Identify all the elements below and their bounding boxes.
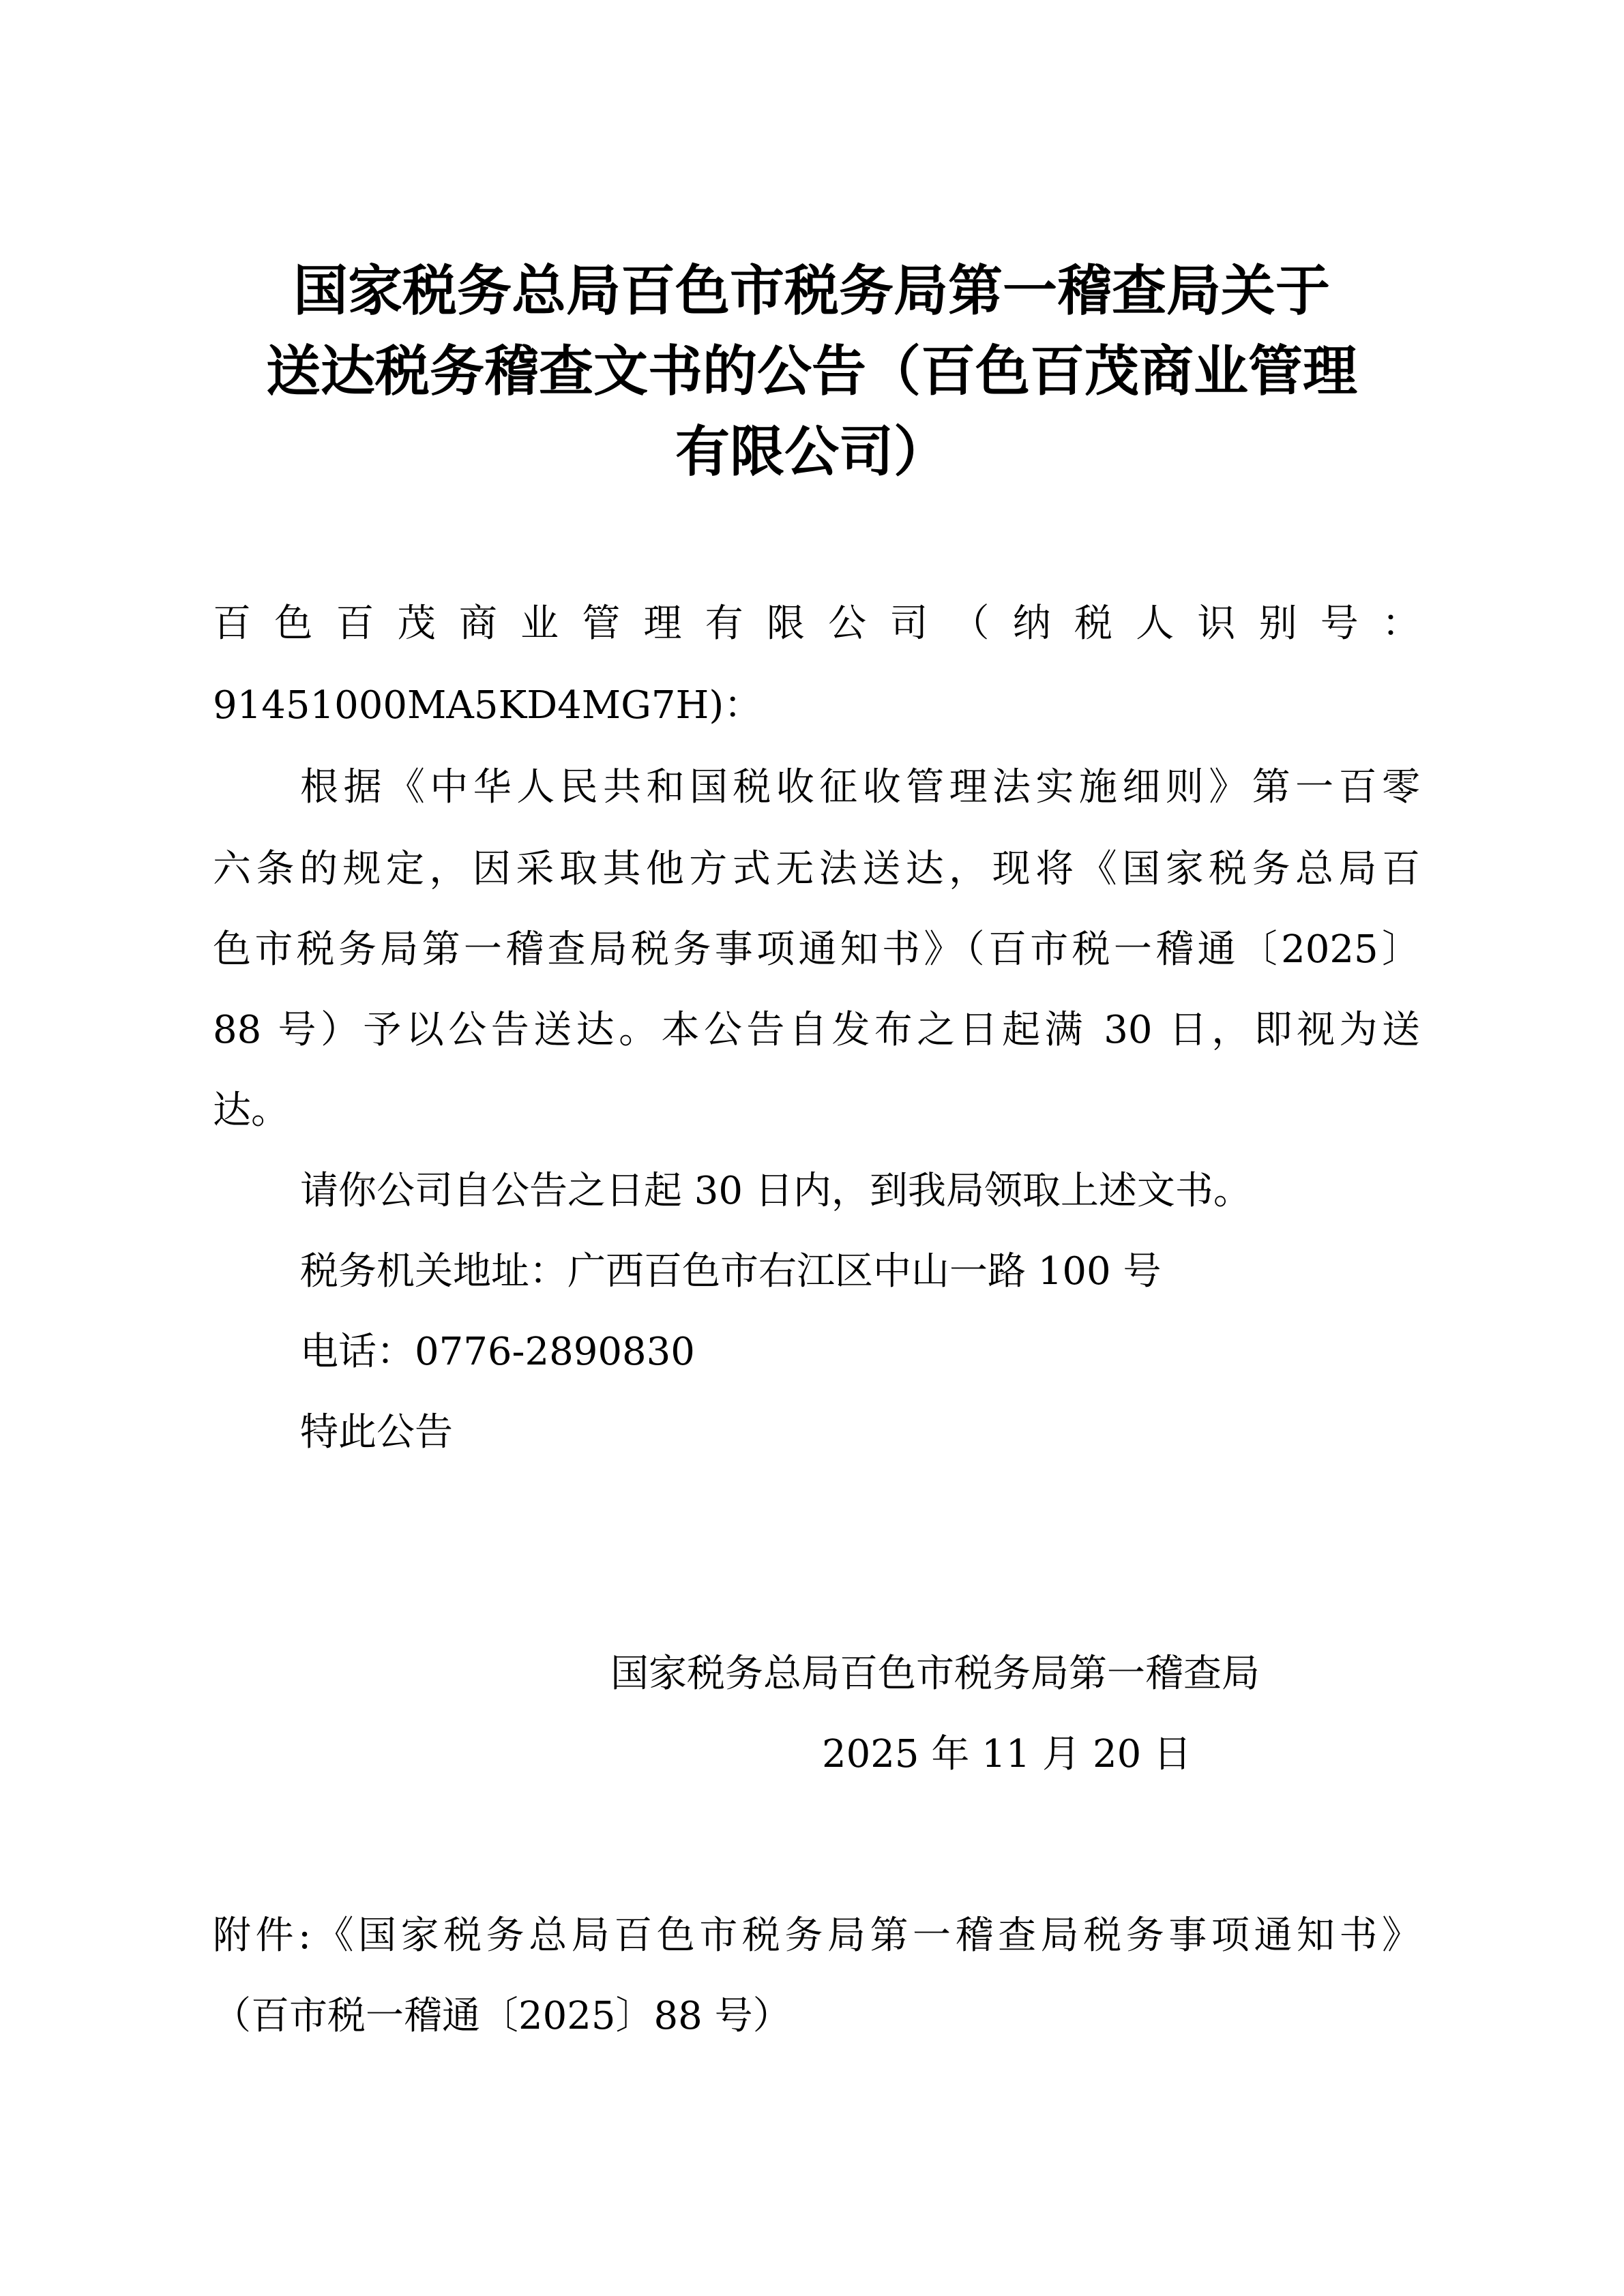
title-line-3: 有限公司）: [205, 412, 1419, 492]
document-page: 国家税务总局百色市税务局第一稽查局关于 送达税务稽查文书的公告（百色百茂商业管理…: [0, 0, 1624, 2296]
body-paragraph-2: 请你公司自公告之日起 30 日内，到我局领取上述文书。: [300, 1167, 1252, 1215]
body-paragraph-1-line-1: 根据《中华人民共和国税收征收管理法实施细则》第一百零: [300, 764, 1420, 811]
attachment-line-1: 附件:《国家税务总局百色市税务局第一稽查局税务事项通知书》: [213, 1912, 1420, 1960]
body-paragraph-1-line-3: 色市税务局第一稽查局税务事项通知书》（百市税一稽通〔2025〕: [213, 926, 1420, 974]
body-paragraph-1-line-5: 达。: [213, 1087, 289, 1135]
title-line-1: 国家税务总局百色市税务局第一稽查局关于: [205, 251, 1419, 331]
body-paragraph-1-line-4: 88 号）予以公告送达。本公告自发布之日起满 30 日，即视为送: [213, 1007, 1420, 1054]
tax-office-phone: 电话：0776-2890830: [300, 1328, 695, 1376]
addressee-line-2: 91451000MA5KD4MG7H)：: [213, 682, 762, 730]
signature-issuer: 国家税务总局百色市税务局第一稽查局: [610, 1650, 1260, 1698]
body-paragraph-1-line-2: 六条的规定，因采取其他方式无法送达，现将《国家税务总局百: [213, 846, 1420, 893]
tax-office-address: 税务机关地址：广西百色市右江区中山一路 100 号: [300, 1248, 1162, 1296]
signature-date: 2025 年 11 月 20 日: [822, 1731, 1192, 1778]
document-title: 国家税务总局百色市税务局第一稽查局关于 送达税务稽查文书的公告（百色百茂商业管理…: [205, 251, 1419, 492]
closing-statement: 特此公告: [300, 1409, 453, 1457]
title-line-2: 送达税务稽查文书的公告（百色百茂商业管理: [205, 331, 1419, 412]
attachment-line-2: （百市税一稽通〔2025〕88 号）: [213, 1993, 791, 2040]
addressee-line-1: 百色百茂商业管理有限公司（纳税人识别号：: [213, 600, 1420, 648]
